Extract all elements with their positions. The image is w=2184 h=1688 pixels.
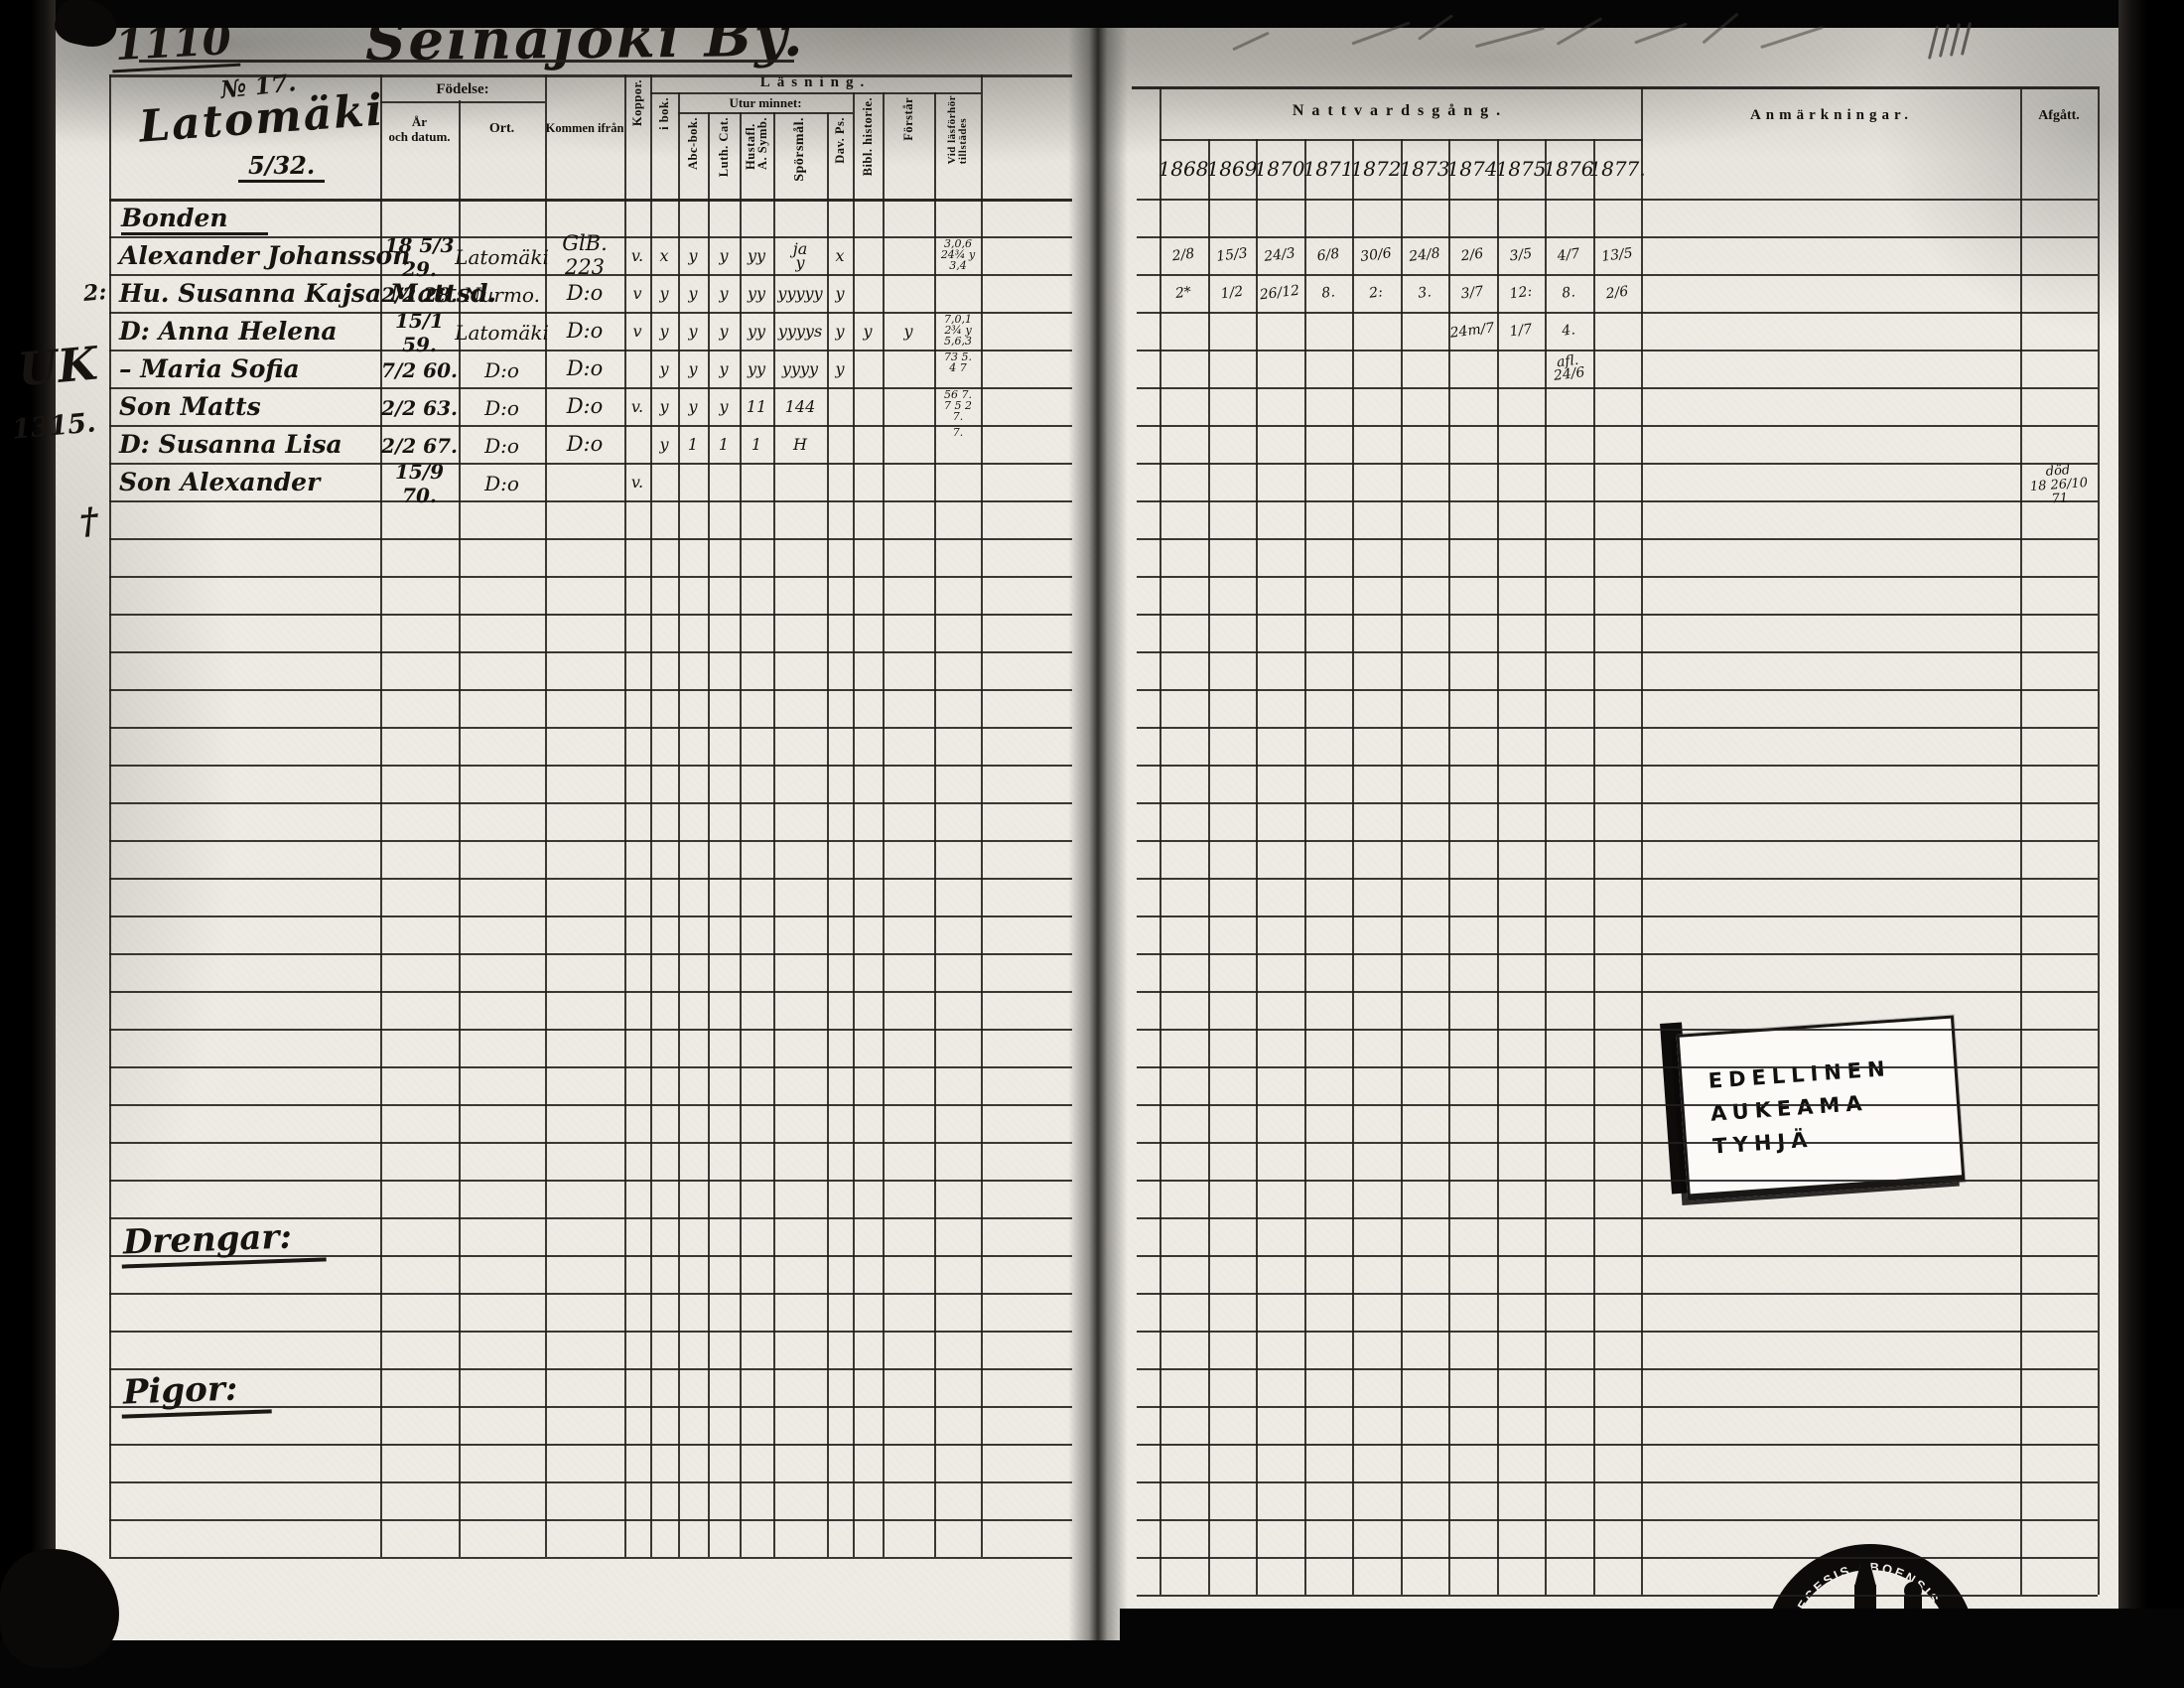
communion-date: 2:	[1350, 275, 1401, 311]
row-line	[109, 1029, 1072, 1031]
birth-date: 15/9 70.	[380, 471, 459, 496]
communion-date: 24/3	[1254, 237, 1304, 273]
row-line	[1137, 387, 2098, 389]
row-line	[109, 689, 1072, 691]
year-column-line	[1401, 139, 1403, 1595]
row-line	[109, 953, 1072, 955]
row-line	[109, 500, 1072, 502]
row-line	[1137, 1029, 2098, 1031]
reading-mark: ja y	[786, 242, 814, 270]
year-column-line	[1448, 139, 1450, 1595]
row-line	[1137, 1519, 2098, 1521]
came-from: GlB. 223	[545, 242, 624, 268]
row-line	[1137, 915, 2098, 917]
row-line	[1137, 1368, 2098, 1370]
row-line	[109, 576, 1072, 578]
year-column-line	[1304, 139, 1306, 1595]
title-underline	[139, 60, 794, 63]
reading-mark: y	[650, 280, 678, 308]
reading-mark: 144	[786, 393, 814, 421]
reading-mark: v.	[623, 242, 651, 270]
person-name: D: Anna Helena	[119, 317, 338, 346]
farm-mantal-fraction: 5/32.	[238, 151, 325, 183]
row-line	[109, 463, 1072, 465]
column-line	[109, 74, 111, 1557]
communion-date: 30/6	[1350, 237, 1401, 273]
reading-mark: y	[679, 393, 707, 421]
column-line	[853, 92, 855, 1557]
row-line	[109, 1444, 1072, 1446]
year-column-line	[1208, 139, 1210, 1595]
row-line	[109, 538, 1072, 540]
reading-mark: x	[650, 242, 678, 270]
row-line	[109, 651, 1072, 653]
reading-mark: 1	[743, 431, 770, 459]
reading-mark: x	[826, 242, 854, 270]
communion-date: 8.	[1302, 275, 1353, 311]
row-line	[109, 991, 1072, 993]
communion-date: 6/8	[1302, 237, 1353, 273]
reading-mark: yyyy	[786, 355, 814, 383]
departed-note: död 18 26/10 71	[2020, 462, 2099, 508]
reading-mark: y	[710, 355, 738, 383]
row-line	[1137, 727, 2098, 729]
year-column-line	[1593, 139, 1595, 1595]
communion-date: 1/2	[1206, 275, 1257, 311]
communion-date: 2/6	[1446, 237, 1497, 273]
column-line	[883, 92, 885, 1557]
reading-mark: y	[826, 318, 854, 346]
row-line	[109, 387, 1072, 389]
row-line	[1137, 1557, 2098, 1559]
reading-mark: v	[623, 280, 651, 308]
reading-mark: yyyys	[786, 318, 814, 346]
person-name: – Maria Sofia	[119, 354, 300, 383]
reading-mark: yyyyy	[786, 280, 814, 308]
row-line	[1137, 991, 2098, 993]
scan-edge-top	[0, 0, 2184, 28]
section-heading: Pigor:	[120, 1367, 272, 1418]
right-page-top-rule	[1132, 86, 2100, 89]
communion-date: 2/6	[1591, 275, 1642, 311]
row-line	[109, 727, 1072, 729]
reading-mark: yy	[743, 280, 770, 308]
came-from: D:o	[545, 280, 624, 306]
communion-date: afl. 24/6	[1543, 351, 1593, 386]
came-from: D:o	[545, 393, 624, 419]
row-line	[109, 1180, 1072, 1182]
reading-mark: y	[679, 242, 707, 270]
margin-note: 2:	[82, 279, 108, 307]
attendance-note: 56 7. 7 5 2 7.	[935, 389, 981, 422]
birth-place: Latomäki	[459, 320, 545, 346]
reading-mark: y	[710, 318, 738, 346]
row-line	[109, 878, 1072, 880]
column-line	[773, 112, 775, 1557]
row-line	[1137, 312, 2098, 314]
birth-place: D:o	[459, 357, 545, 383]
year-cell: 1874	[1448, 145, 1496, 193]
reading-mark: y	[650, 393, 678, 421]
communion-date: 4/7	[1543, 237, 1593, 273]
row-line	[109, 840, 1072, 842]
row-line	[109, 350, 1072, 352]
row-line	[109, 614, 1072, 616]
header-bibl-historie: Bibl. historie.	[853, 97, 883, 212]
reading-mark: y	[710, 393, 738, 421]
reading-mark: y	[710, 280, 738, 308]
reading-mark: y	[650, 355, 678, 383]
year-column-line	[1352, 139, 1354, 1595]
row-line	[1137, 576, 2098, 578]
communion-date: 3/5	[1495, 237, 1546, 273]
header-afgatt: Afgått.	[2020, 105, 2098, 127]
birth-date: 2/2 67.	[380, 433, 459, 459]
row-line	[109, 765, 1072, 767]
row-line	[1137, 1217, 2098, 1219]
occupation-heading: Bonden	[121, 204, 268, 235]
column-line	[2098, 89, 2100, 1595]
attendance-note: 3,0,6 24¾ y 3,4	[935, 238, 981, 271]
came-from: D:o	[545, 318, 624, 344]
row-line	[109, 1142, 1072, 1144]
came-from	[545, 469, 624, 494]
scan-edge-bottom	[0, 1640, 2184, 1688]
reading-mark: y	[710, 242, 738, 270]
reading-mark: y	[679, 280, 707, 308]
header-vid-lasforhor: Vid läsförhör tillstädes	[934, 95, 981, 207]
communion-date: 1/7	[1495, 313, 1546, 349]
communion-date: 8.	[1543, 275, 1593, 311]
fodelse-divider	[380, 101, 545, 103]
row-line	[1137, 689, 2098, 691]
birth-date: 18 5/3 29.	[380, 244, 459, 270]
row-line	[1137, 538, 2098, 540]
header-utur-minnet: Utur minnet:	[678, 95, 853, 111]
birth-date: 7/2 60.	[380, 357, 459, 383]
row-line	[1137, 425, 2098, 427]
communion-date: 2*	[1158, 275, 1208, 311]
row-line	[1137, 765, 2098, 767]
person-name: Alexander Johansson	[119, 241, 410, 270]
row-line	[1137, 500, 2098, 502]
communion-date: 26/12	[1254, 275, 1304, 311]
year-column-line	[1497, 139, 1499, 1595]
birth-place: D:o	[459, 471, 545, 496]
person-name: D: Susanna Lisa	[119, 430, 342, 459]
row-line	[109, 425, 1072, 427]
column-line	[934, 92, 936, 1557]
header-i-bok: i bok.	[650, 97, 678, 201]
header-koppor: Koppor.	[624, 79, 650, 199]
reading-mark: 1	[710, 431, 738, 459]
communion-date: 15/3	[1206, 237, 1257, 273]
row-line	[1137, 1481, 2098, 1483]
row-line	[1137, 1255, 2098, 1257]
row-line	[109, 199, 1072, 202]
margin-note: †	[77, 499, 99, 542]
scanned-parish-register-spread: 1110 Seinäjoki By. № 17. Latomäki 5/32. …	[0, 0, 2184, 1688]
header-anmarkningar: Anmärkningar.	[1668, 103, 1995, 127]
communion-date: 13/5	[1591, 237, 1642, 273]
year-column-line	[1641, 87, 1643, 1595]
row-line	[1137, 614, 2098, 616]
birth-place: Latomäki	[459, 244, 545, 270]
row-line	[1137, 1595, 2098, 1597]
reading-mark: 11	[743, 393, 770, 421]
row-line	[1137, 1142, 2098, 1144]
margin-note: UK	[16, 337, 100, 397]
year-cell: 1877.	[1593, 145, 1641, 193]
row-line	[1137, 1066, 2098, 1068]
reading-mark: 1	[679, 431, 707, 459]
birth-date: 2/2 63.	[380, 395, 459, 421]
reading-mark: y	[894, 318, 922, 346]
lasning-divider	[650, 92, 981, 94]
reading-mark: y	[679, 355, 707, 383]
year-cell: 1871	[1304, 145, 1352, 193]
attendance-note: 73 5. 4 7	[935, 352, 981, 373]
attendance-note: 7.	[935, 427, 981, 438]
column-line	[678, 92, 680, 1557]
communion-date: 2/8	[1158, 237, 1208, 273]
row-line	[109, 1331, 1072, 1333]
attendance-note: 7,0,1 2¾ y 5,6,3	[935, 314, 981, 347]
row-line	[109, 1481, 1072, 1483]
birth-place: D:o	[459, 433, 545, 459]
row-line	[1137, 1331, 2098, 1333]
year-cell: 1870	[1256, 145, 1303, 193]
reading-mark: yy	[743, 355, 770, 383]
birth-place: D:o	[459, 395, 545, 421]
row-line	[109, 802, 1072, 804]
row-line	[1137, 651, 2098, 653]
person-name: Son Alexander	[119, 468, 320, 496]
row-line	[1137, 953, 2098, 955]
row-line	[1137, 463, 2098, 465]
reading-mark: v.	[623, 393, 651, 421]
row-line	[1137, 802, 2098, 804]
column-line	[740, 112, 742, 1557]
row-line	[109, 915, 1072, 917]
reading-mark: v	[623, 318, 651, 346]
communion-date: 4.	[1543, 313, 1593, 349]
row-line	[1137, 840, 2098, 842]
header-nattvardsgang: Nattvardsgång.	[1160, 99, 1641, 123]
came-from: D:o	[545, 355, 624, 381]
reading-mark: y	[650, 431, 678, 459]
row-line	[1137, 199, 2098, 201]
communion-date: 3.	[1399, 275, 1449, 311]
section-heading: Drengar:	[120, 1215, 327, 1268]
empty-spread-label: EDELLINEN AUKEAMA TYHJÄ	[1676, 1015, 1965, 1200]
reading-mark: y	[679, 318, 707, 346]
year-cell: 1872	[1352, 145, 1400, 193]
reading-mark: yy	[743, 242, 770, 270]
header-ar-och-datum: År och datum.	[380, 109, 459, 149]
row-line	[1137, 274, 2098, 276]
year-cell: 1868	[1160, 145, 1207, 193]
column-line	[981, 74, 983, 1557]
row-line	[1137, 1104, 2098, 1106]
column-line	[2020, 89, 2022, 1595]
header-kommen-ifran: Kommen ifrån	[545, 113, 624, 143]
year-column-line	[1160, 87, 1161, 1595]
row-line	[1137, 1444, 2098, 1446]
row-line	[109, 1066, 1072, 1068]
label-line: TYHJÄ	[1712, 1117, 1960, 1158]
reading-mark: v.	[623, 469, 651, 496]
communion-date: 24m/7	[1446, 313, 1497, 349]
reading-mark: H	[786, 431, 814, 459]
birth-place: Nurmo.	[459, 282, 545, 308]
header-top-rule	[109, 74, 1072, 77]
scan-edge-left	[0, 0, 56, 1688]
row-line	[1137, 350, 2098, 352]
year-cell: 1873	[1401, 145, 1448, 193]
row-line	[1137, 236, 2098, 238]
reading-mark: y	[650, 318, 678, 346]
row-line	[109, 312, 1072, 314]
communion-date: 12:	[1495, 275, 1546, 311]
row-line	[1137, 1293, 2098, 1295]
row-line	[1137, 1406, 2098, 1408]
birth-date: 2/2 28.	[380, 282, 459, 308]
reading-mark: y	[826, 355, 854, 383]
reading-mark: yy	[743, 318, 770, 346]
header-ort: Ort.	[459, 117, 545, 141]
reading-mark: y	[826, 280, 854, 308]
scan-edge-right	[2118, 0, 2184, 1688]
header-forstar: Förstår	[883, 97, 934, 201]
year-cell: 1875	[1497, 145, 1545, 193]
person-name: Son Matts	[119, 392, 261, 421]
year-cell: 1869	[1208, 145, 1256, 193]
row-line	[109, 1557, 1072, 1559]
year-column-line	[1256, 139, 1258, 1595]
row-line	[1137, 878, 2098, 880]
row-line	[109, 1519, 1072, 1521]
row-line	[109, 1293, 1072, 1295]
communion-date: 24/8	[1399, 237, 1449, 273]
row-line	[1137, 1180, 2098, 1182]
communion-date: 3/7	[1446, 275, 1497, 311]
came-from: D:o	[545, 431, 624, 457]
birth-date: 15/1 59.	[380, 320, 459, 346]
header-fodelse: Födelse:	[380, 79, 545, 99]
reading-mark: y	[854, 318, 882, 346]
year-cell: 1876	[1545, 145, 1592, 193]
row-line	[109, 1104, 1072, 1106]
